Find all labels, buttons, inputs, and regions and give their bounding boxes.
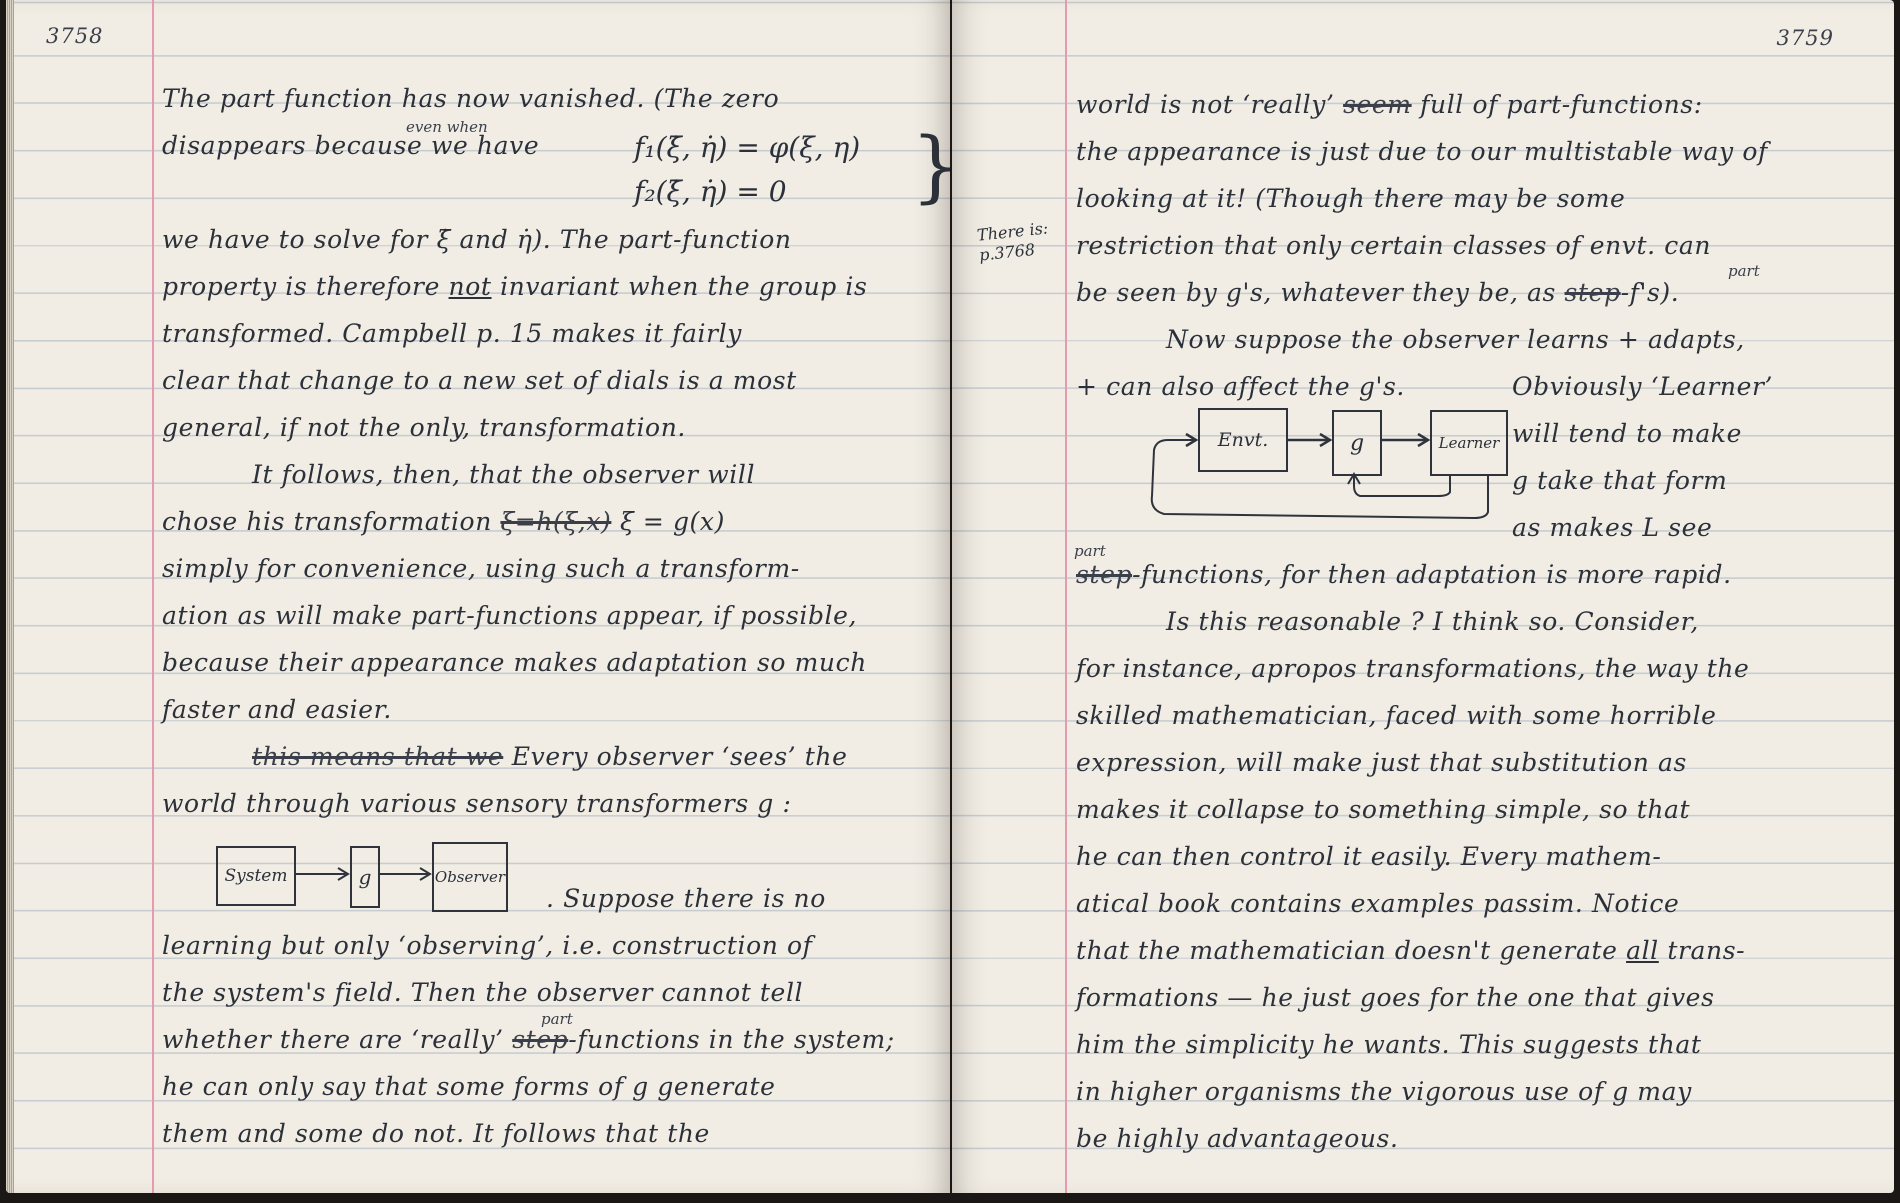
struck-text: ξ=h(ξ,x) (500, 507, 611, 536)
text-line: looking at it! (Though there may be some (1076, 184, 1625, 213)
text-line: property is therefore not invariant when… (162, 272, 867, 301)
text-line: faster and easier. (162, 695, 392, 724)
text-line: The part function has now vanished. (The… (162, 84, 779, 113)
page-number: 3758 (46, 24, 103, 48)
margin-line (1065, 0, 1067, 1193)
page-edges (6, 0, 14, 1193)
right-page: 3759 There is: p.3768 world is not ‘real… (952, 0, 1894, 1193)
notebook-spread: 3758 The part function has now vanished.… (0, 0, 1900, 1195)
text-line: will tend to make (1512, 419, 1742, 448)
learner-feedback-diagram: Envt. g Learner (1148, 400, 1508, 520)
formula: ξ = g(x) (620, 507, 725, 536)
text-line: chose his transformation ξ=h(ξ,x) ξ = g(… (162, 507, 725, 536)
text-fragment: be seen by g's, whatever they be, as (1076, 278, 1565, 307)
text-line: + can also affect the g's. (1076, 372, 1405, 401)
text-line: be highly advantageous. (1076, 1124, 1399, 1153)
diagram-arrows (1148, 400, 1508, 520)
text-line: that the mathematician doesn't generate … (1076, 936, 1745, 965)
text-line: g take that form (1512, 466, 1727, 495)
text-line: simply for convenience, using such a tra… (162, 554, 800, 583)
text-fragment: -functions in the system; (568, 1025, 895, 1054)
text-line: he can only say that some forms of g gen… (162, 1072, 776, 1101)
text-line: restriction that only certain classes of… (1076, 231, 1711, 260)
equation: f₁(ξ̇, η̇) = φ(ξ, η) (634, 131, 860, 164)
text-fragment: world is not ‘really’ (1076, 90, 1343, 119)
struck-text: step (1565, 278, 1621, 307)
text-fragment: trans- (1659, 936, 1745, 965)
text-line: Is this reasonable ? I think so. Conside… (1076, 607, 1699, 636)
text-fragment: chose his transformation (162, 507, 500, 536)
text-line: in higher organisms the vigorous use of … (1076, 1077, 1692, 1106)
text-fragment: -f's). (1621, 278, 1680, 307)
text-line: him the simplicity he wants. This sugges… (1076, 1030, 1702, 1059)
text-line: world is not ‘really’ seem full of part-… (1076, 90, 1703, 119)
diagram-arrows (210, 840, 510, 920)
text-fragment: invariant when the group is (492, 272, 868, 301)
inserted-text: part (1728, 262, 1760, 280)
text-line: Now suppose the observer learns + adapts… (1076, 325, 1745, 354)
text-line: step-functions, for then adaptation is m… (1076, 560, 1732, 589)
text-line: general, if not the only, transformation… (162, 413, 686, 442)
text-line: skilled mathematician, faced with some h… (1076, 701, 1717, 730)
text-line: expression, will make just that substitu… (1076, 748, 1687, 777)
struck-text: step (1076, 560, 1132, 589)
text-fragment: -functions, for then adaptation is more … (1132, 560, 1732, 589)
text-line: be seen by g's, whatever they be, as ste… (1076, 278, 1679, 307)
text-fragment: Every observer ‘sees’ the (512, 742, 848, 771)
margin-note: There is: p.3768 (976, 218, 1051, 265)
text-line: the appearance is just due to our multis… (1076, 137, 1768, 166)
underlined-word: not (449, 272, 492, 301)
text-line: learning but only ‘observing’, i.e. cons… (162, 931, 813, 960)
text-line: this means that we Every observer ‘sees’… (162, 742, 847, 771)
text-line: It follows, then, that the observer will (162, 460, 755, 489)
page-number: 3759 (1777, 26, 1834, 50)
text-line: ation as will make part-functions appear… (162, 601, 857, 630)
text-line: transformed. Campbell p. 15 makes it fai… (162, 319, 742, 348)
text-line: whether there are ‘really’ step-function… (162, 1025, 895, 1054)
text-fragment: property is therefore (162, 272, 449, 301)
text-line: makes it collapse to something simple, s… (1076, 795, 1690, 824)
inserted-text: even when (406, 118, 488, 136)
text-fragment: full of part-functions: (1412, 90, 1703, 119)
struck-text: step (512, 1025, 568, 1054)
text-fragment: that the mathematician doesn't generate (1076, 936, 1626, 965)
equation: f₂(ξ̇, η̇) = 0 (634, 175, 787, 208)
text-fragment: disappears because (162, 131, 431, 160)
brace: } (911, 128, 950, 206)
text-line: he can then control it easily. Every mat… (1076, 842, 1661, 871)
text-fragment: whether there are ‘really’ (162, 1025, 512, 1054)
text-line: world through various sensory transforme… (162, 789, 791, 818)
text-line: . Suppose there is no (546, 884, 826, 913)
margin-line (152, 0, 154, 1193)
text-line: clear that change to a new set of dials … (162, 366, 797, 395)
text-line: formations — he just goes for the one th… (1076, 983, 1715, 1012)
underlined-word: all (1626, 936, 1659, 965)
text-line: for instance, apropos transformations, t… (1076, 654, 1749, 683)
struck-text: this means that we (252, 742, 503, 771)
text-line: atical book contains examples passim. No… (1076, 889, 1679, 918)
text-line: we have to solve for ξ̇ and η̇). The par… (162, 225, 792, 254)
text-line: the system's field. Then the observer ca… (162, 978, 803, 1007)
text-line: them and some do not. It follows that th… (162, 1119, 710, 1148)
inserted-text: part (1074, 542, 1106, 560)
inserted-text: part (541, 1010, 573, 1028)
text-line: Obviously ‘Learner’ (1512, 372, 1773, 401)
system-observer-diagram: System g Observer (210, 840, 510, 920)
text-line: because their appearance makes adaptatio… (162, 648, 867, 677)
struck-text: seem (1343, 90, 1412, 119)
left-page: 3758 The part function has now vanished.… (6, 0, 950, 1193)
text-line: as makes L see (1512, 513, 1712, 542)
